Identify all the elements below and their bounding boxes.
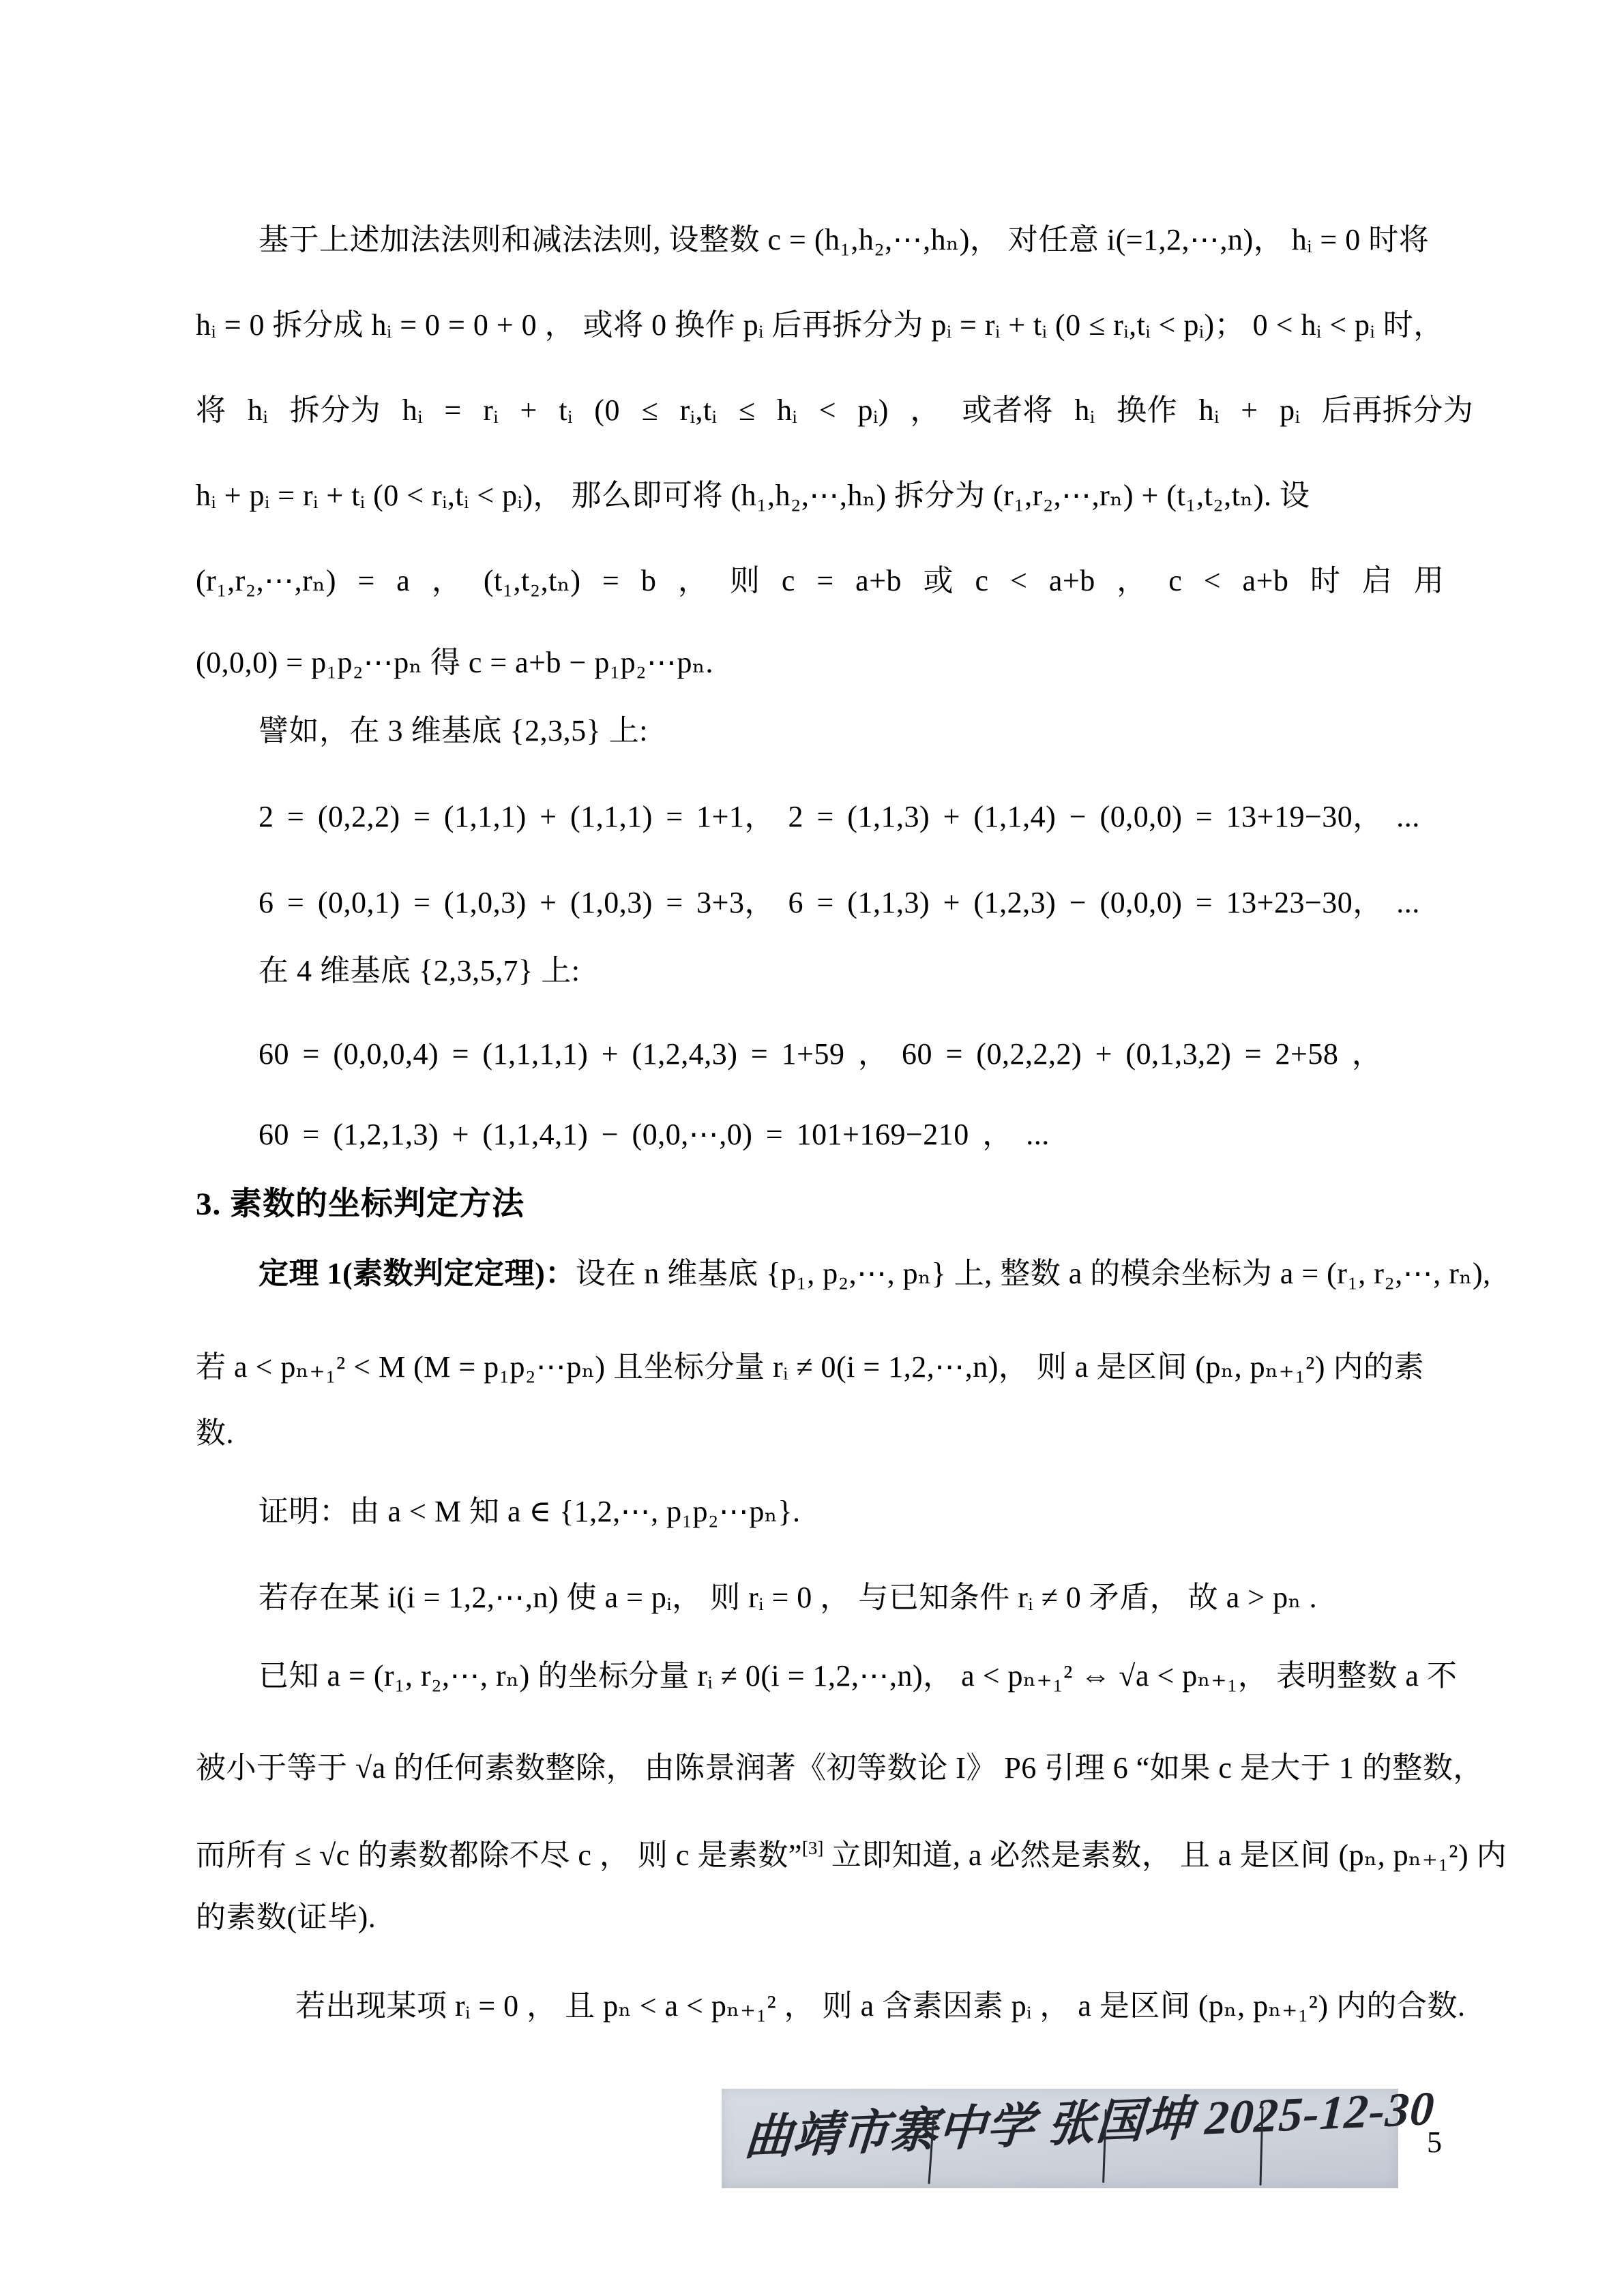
example4d-eq1: 60 = (0,0,0,4) = (1,1,1,1) + (1,2,4,3) =…	[259, 1030, 1382, 1078]
proof-line4: 被小于等于 √a 的任何素数整除， 由陈景润著《初等数论 I》 P6 引理 6 …	[196, 1744, 1483, 1792]
theorem-line3: 数.	[196, 1410, 234, 1457]
theorem-line1: 定理 1(素数判定定理)：设在 n 维基底 {p₁, p₂,⋯, pₙ} 上, …	[259, 1250, 1491, 1298]
para1-line2: hᵢ = 0 拆分成 hᵢ = 0 = 0 + 0 ， 或将 0 换作 pᵢ 后…	[196, 301, 1444, 349]
document-page: 基于上述加法法则和减法法则, 设整数 c = (h₁,h₂,⋯,hₙ)， 对任意…	[0, 0, 1624, 2296]
signature-handwriting: 曲靖市寨中学 张国坤 2025-12-30	[743, 2070, 1437, 2169]
section-heading: 3. 素数的坐标判定方法	[196, 1180, 525, 1228]
example4d-eq2: 60 = (1,2,1,3) + (1,1,4,1) − (0,0,⋯,0) =…	[259, 1111, 1050, 1159]
para1-line3: 将 hᵢ 拆分为 hᵢ = rᵢ + tᵢ (0 ≤ rᵢ,tᵢ ≤ hᵢ < …	[196, 387, 1473, 434]
proof-line5: 而所有 ≤ √c 的素数都除不尽 c ， 则 c 是素数”[3] 立即知道, a…	[196, 1824, 1507, 1872]
proof-line3: 已知 a = (r₁, r₂,⋯, rₙ) 的坐标分量 rᵢ ≠ 0(i = 1…	[259, 1652, 1457, 1700]
page-number: 5	[1427, 2122, 1442, 2163]
proof-line2: 若存在某 i(i = 1,2,⋯,n) 使 a = pᵢ， 则 rᵢ = 0 ，…	[259, 1574, 1317, 1622]
proof-line6: 的素数(证毕).	[196, 1894, 376, 1941]
theorem-label: 定理 1(素数判定定理)：	[259, 1257, 576, 1290]
example3d-eq1: 2 = (0,2,2) = (1,1,1) + (1,1,1) = 1+1， 2…	[259, 793, 1420, 841]
citation-ref-3: [3]	[802, 1838, 823, 1858]
para1-line6: (0,0,0) = p₁p₂⋯pₙ 得 c = a+b − p₁p₂⋯pₙ.	[196, 639, 713, 687]
proof-line1-text: 由 a < M 知 a ∈ {1,2,⋯, p₁p₂⋯pₙ}.	[350, 1495, 801, 1528]
para1-line5: (r₁,r₂,⋯,rₙ) = a ， (t₁,t₂,tₙ) = b ， 则 c …	[196, 557, 1444, 605]
proof-label: 证明：	[259, 1495, 350, 1528]
para1-line4: hᵢ + pᵢ = rᵢ + tᵢ (0 < rᵢ,tᵢ < pᵢ)， 那么即可…	[196, 472, 1310, 520]
proof-line5-text-a: 而所有 ≤ √c 的素数都除不尽 c ， 则 c 是素数”	[196, 1838, 802, 1872]
example3d-eq2: 6 = (0,0,1) = (1,0,3) + (1,0,3) = 3+3， 6…	[259, 879, 1420, 927]
example4d-intro: 在 4 维基底 {2,3,5,7} 上:	[259, 947, 580, 995]
proof-line5-text-b: 立即知道, a 必然是素数， 且 a 是区间 (pₙ, pₙ₊₁²) 内	[823, 1838, 1507, 1872]
composite-note-line: 若出现某项 rᵢ = 0 ， 且 pₙ < a < pₙ₊₁² ， 则 a 含素…	[295, 1982, 1466, 2030]
example3d-intro: 譬如，在 3 维基底 {2,3,5} 上:	[259, 707, 648, 755]
theorem-line2: 若 a < pₙ₊₁² < M (M = p₁p₂⋯pₙ) 且坐标分量 rᵢ ≠…	[196, 1343, 1424, 1391]
signature-photo: 曲靖市寨中学 张国坤 2025-12-30	[722, 2089, 1398, 2188]
para1-line1: 基于上述加法法则和减法法则, 设整数 c = (h₁,h₂,⋯,hₙ)， 对任意…	[259, 216, 1429, 264]
proof-line1: 证明：由 a < M 知 a ∈ {1,2,⋯, p₁p₂⋯pₙ}.	[259, 1488, 801, 1536]
theorem-line1-text: 设在 n 维基底 {p₁, p₂,⋯, pₙ} 上, 整数 a 的模余坐标为 a…	[576, 1257, 1491, 1290]
